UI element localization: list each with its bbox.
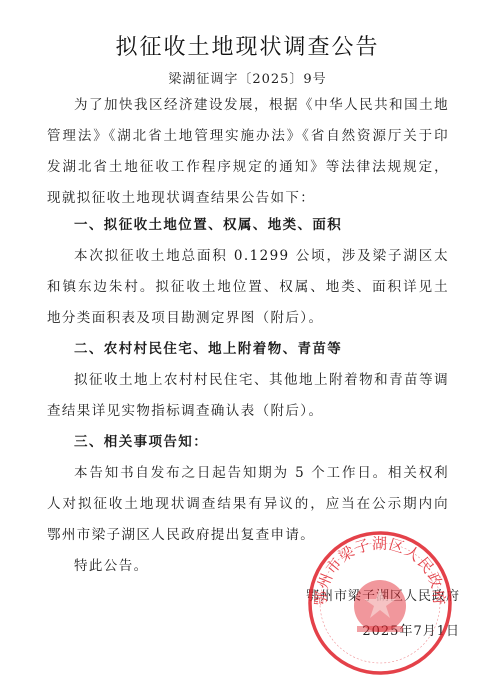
- section-2-body: 拟征收土地上农村村民住宅、其他地上附着物和青苗等调查结果详见实物指标调查确认表（…: [47, 365, 449, 427]
- section-1-body: 本次拟征收土地总面积 0.1299 公顷，涉及梁子湖区太和镇东边朱村。拟征收土地…: [47, 241, 449, 334]
- closing-text: 特此公告。: [47, 551, 449, 582]
- section-2-heading: 二、农村村民住宅、地上附着物、青苗等: [47, 334, 449, 365]
- section-3-heading: 三、相关事项告知：: [47, 427, 449, 458]
- document-number: 梁湖征调字〔2025〕9号: [0, 68, 495, 87]
- intro-paragraph: 为了加快我区经济建设发展，根据《中华人民共和国土地管理法》《湖北省土地管理实施办…: [47, 90, 449, 214]
- section-3-body: 本告知书自发布之日起告知期为 5 个工作日。相关权利人对拟征收土地现状调查结果有…: [47, 458, 449, 551]
- page-title: 拟征收土地现状调查公告: [0, 30, 495, 61]
- issuer-name: 鄂州市梁子湖区人民政府: [306, 585, 460, 604]
- issue-date: 2025年7月1日: [362, 620, 460, 639]
- notice-page: 拟征收土地现状调查公告 梁湖征调字〔2025〕9号 为了加快我区经济建设发展，根…: [0, 0, 495, 691]
- section-1-heading: 一、拟征收土地位置、权属、地类、面积: [47, 210, 449, 241]
